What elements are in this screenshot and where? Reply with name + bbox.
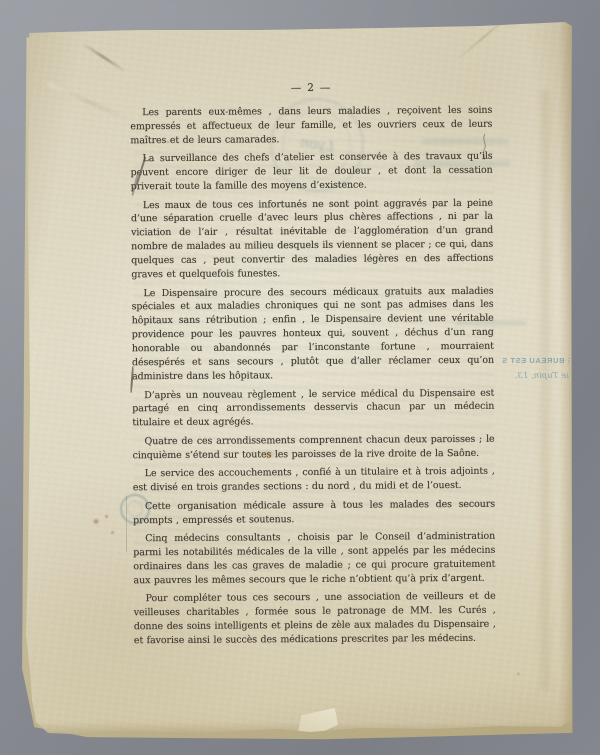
crease-top-right — [454, 12, 514, 62]
paragraph: La surveillance des chefs d’atelier est … — [130, 150, 492, 194]
crease-top-left-soft — [47, 82, 131, 122]
body-text: Les parents eux-mêmes , dans leurs malad… — [130, 104, 496, 648]
paragraph: Cinq médecins consultants , choisis par … — [133, 530, 495, 588]
paragraph: Le service des accouchements , confié à … — [133, 465, 495, 495]
foxing-spot — [516, 672, 521, 676]
foxing-spot — [110, 530, 115, 535]
paragraph: Les parents eux-mêmes , dans leurs malad… — [130, 104, 492, 148]
paragraph: Le Dispensaire procure des secours médic… — [131, 284, 494, 384]
paragraph: Pour compléter tous ces secours , une as… — [134, 590, 496, 648]
page-number: — 2 — — [130, 81, 492, 97]
document-page: Lyon LE BUREAU EST S Rue Tupin, 13. — 2 … — [26, 20, 575, 736]
paragraph: D’après un nouveau règlement , le servic… — [132, 386, 494, 430]
page-curl-highlight — [537, 90, 553, 690]
foxing-spot — [104, 514, 109, 519]
paragraph: Les maux de tous ces infortunés ne sont … — [131, 196, 494, 282]
paragraph: Quatre de ces arrondissements comprennen… — [132, 433, 494, 463]
crease-top-left — [81, 42, 126, 73]
scan-background: Lyon LE BUREAU EST S Rue Tupin, 13. — 2 … — [0, 0, 600, 755]
page-content: — 2 — Les parents eux-mêmes , dans leurs… — [130, 81, 496, 653]
foxing-spot — [92, 518, 100, 525]
scratch-mark — [478, 132, 492, 162]
paragraph: Cette organisation médicale assure à tou… — [133, 497, 495, 527]
